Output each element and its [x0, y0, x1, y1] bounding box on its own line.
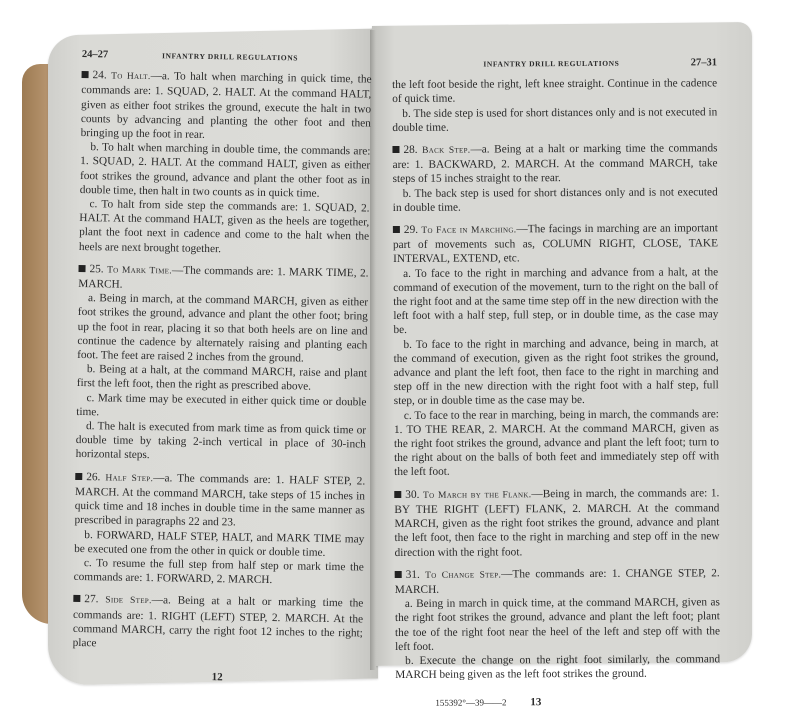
section-number: 31.: [406, 569, 420, 581]
right-running-head: INFANTRY DRILL REGULATIONS 27–31: [392, 56, 717, 72]
paragraph: b. Being at a halt, at the command MARCH…: [77, 362, 367, 395]
right-page-footer: 155392°—39——2 13: [395, 695, 720, 707]
section-marker-icon: [78, 265, 85, 272]
section-title: To Face in Marching.: [421, 225, 516, 235]
section-title: Side Step.: [105, 596, 152, 607]
section-marker-icon: [73, 595, 80, 602]
print-code: 155392°—39——2: [435, 696, 530, 707]
section-29: 29. To Face in Marching.—The facings in …: [393, 221, 719, 479]
paragraph: b. The back step is used for short dista…: [393, 185, 718, 215]
paragraph: c. To resume the full step from half ste…: [74, 556, 364, 589]
paragraph: d. The halt is executed from mark time a…: [76, 419, 367, 466]
paragraph: b. To face to the right in marching and …: [393, 336, 718, 409]
section-28: 28. Back Step.—a. Being at a halt or mar…: [392, 141, 717, 215]
section-marker-icon: [75, 473, 82, 480]
section-number: 29.: [404, 224, 418, 236]
book-gutter: [370, 30, 376, 670]
paragraph: a. To face to the right in marching and …: [393, 265, 718, 338]
section-title: To Mark Time.: [107, 265, 172, 276]
section-30: 30. To March by the Flank.—Being in marc…: [394, 486, 719, 560]
left-section-range: 24–27: [82, 48, 108, 63]
section-number: 24.: [92, 69, 106, 81]
right-running-title: INFANTRY DRILL REGULATIONS: [483, 57, 619, 72]
section-27-continued: the left foot beside the right, left kne…: [392, 77, 717, 136]
section-title: To Change Step.: [425, 570, 501, 580]
section-marker-icon: [82, 71, 89, 78]
section-25: 25. To Mark Time.—The commands are: 1. M…: [76, 262, 369, 466]
section-title: Half Step.: [105, 473, 153, 484]
paragraph: c. To halt from side step the commands a…: [79, 197, 370, 258]
section-26: 26. Half Step.—a. The commands are: 1. H…: [74, 470, 366, 589]
section-marker-icon: [394, 491, 401, 498]
section-number: 26.: [86, 471, 100, 483]
section-27: 27. Side Step.—a. Being at a halt or mar…: [73, 592, 364, 654]
section-title: To Halt.: [111, 72, 151, 83]
paragraph: a. Being in march, at the command MARCH,…: [77, 291, 368, 367]
paragraph: b. To halt when marching in double time,…: [80, 140, 371, 201]
section-marker-icon: [395, 571, 402, 578]
section-title: To March by the Flank.: [423, 490, 531, 501]
section-number: 28.: [403, 144, 417, 156]
paragraph: b. Execute the change on the right foot …: [395, 652, 720, 682]
section-31: 31. To Change Step.—The commands are: 1.…: [395, 566, 721, 682]
section-24: 24. To Halt.—a. To halt when marching in…: [79, 68, 372, 258]
paragraph: b. The side step is used for short dista…: [392, 105, 717, 135]
section-number: 27.: [84, 593, 98, 605]
left-page-content: 24–27 INFANTRY DRILL REGULATIONS 24. To …: [72, 48, 372, 687]
section-title: Back Step.: [422, 146, 470, 156]
section-number: 25.: [89, 263, 103, 275]
paragraph: b. FORWARD, HALF STEP, HALT, and MARK TI…: [74, 527, 364, 560]
paragraph: c. To face to the rear in marching, bein…: [394, 407, 719, 480]
section-marker-icon: [392, 146, 399, 153]
right-page-number: 13: [530, 696, 541, 707]
paragraph: the left foot beside the right, left kne…: [392, 77, 717, 107]
right-section-range: 27–31: [691, 56, 717, 70]
section-number: 30.: [405, 489, 419, 501]
section-marker-icon: [393, 226, 400, 233]
right-page-content: INFANTRY DRILL REGULATIONS 27–31 the lef…: [392, 56, 720, 707]
paragraph: c. Mark time may be executed in either q…: [76, 391, 366, 424]
left-running-title: INFANTRY DRILL REGULATIONS: [162, 49, 298, 65]
paragraph: a. Being in march in quick time, at the …: [395, 595, 720, 654]
